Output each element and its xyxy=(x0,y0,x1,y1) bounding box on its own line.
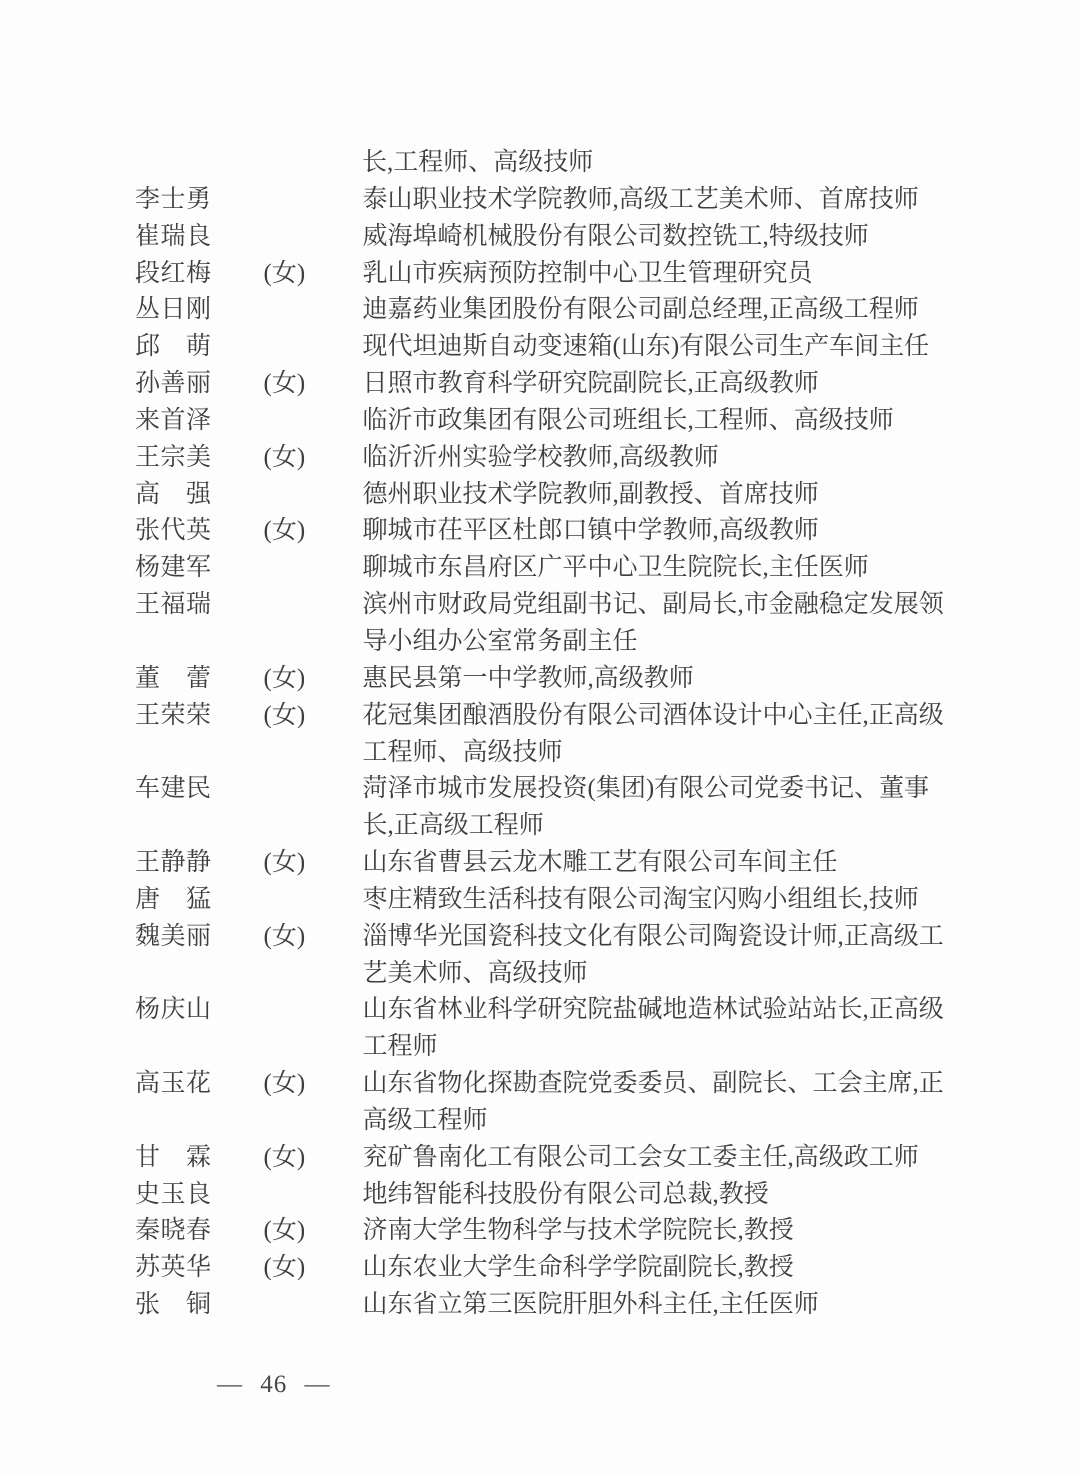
person-title: 迪嘉药业集团股份有限公司副总经理,正高级工程师 xyxy=(363,292,945,329)
gender-marker: (女) xyxy=(264,513,363,550)
table-row: 唐 猛 枣庄精致生活科技有限公司淘宝闪购小组组长,技师 xyxy=(0,882,1080,919)
person-name: 张 铜 xyxy=(135,1287,212,1324)
table-row: 张代英 (女) 聊城市茌平区杜郎口镇中学教师,高级教师 xyxy=(0,513,1080,550)
person-title: 威海埠崎机械股份有限公司数控铣工,特级技师 xyxy=(363,219,945,256)
gender-marker: (女) xyxy=(264,440,363,477)
person-title: 枣庄精致生活科技有限公司淘宝闪购小组组长,技师 xyxy=(363,882,945,919)
person-name: 杨建军 xyxy=(135,550,212,587)
gender-marker: (女) xyxy=(264,661,363,698)
person-name: 史玉良 xyxy=(135,1177,212,1214)
gender-marker: (女) xyxy=(264,256,363,293)
person-title: 山东农业大学生命科学学院副院长,教授 xyxy=(363,1250,945,1287)
person-name: 孙善丽 xyxy=(135,366,212,403)
person-name: 甘 霖 xyxy=(135,1140,212,1177)
person-title: 现代坦迪斯自动变速箱(山东)有限公司生产车间主任 xyxy=(363,329,945,366)
person-title: 兖矿鲁南化工有限公司工会女工委主任,高级政工师 xyxy=(363,1140,945,1177)
person-title: 山东省物化探勘查院党委委员、副院长、工会主席,正高级工程师 xyxy=(363,1066,945,1140)
person-name: 车建民 xyxy=(135,771,212,808)
person-name: 秦晓春 xyxy=(135,1213,212,1250)
person-name: 魏美丽 xyxy=(135,919,212,956)
page-number: — 46 — xyxy=(217,1371,331,1398)
table-row: 王静静 (女) 山东省曹县云龙木雕工艺有限公司车间主任 xyxy=(0,845,1080,882)
table-row: 张 铜 山东省立第三医院肝胆外科主任,主任医师 xyxy=(0,1287,1080,1324)
award-list: 长,工程师、高级技师 李士勇 泰山职业技术学院教师,高级工艺美术师、首席技师 崔… xyxy=(0,145,1080,1324)
person-name: 段红梅 xyxy=(135,256,212,293)
table-row: 邱 萌 现代坦迪斯自动变速箱(山东)有限公司生产车间主任 xyxy=(0,329,1080,366)
gender-marker: (女) xyxy=(264,698,363,735)
table-row: 王荣荣 (女) 花冠集团酿酒股份有限公司酒体设计中心主任,正高级工程师、高级技师 xyxy=(0,698,1080,772)
person-name: 邱 萌 xyxy=(135,329,212,366)
person-title: 长,工程师、高级技师 xyxy=(362,145,944,182)
table-row: 高玉花 (女) 山东省物化探勘查院党委委员、副院长、工会主席,正高级工程师 xyxy=(0,1066,1080,1140)
person-name: 来首泽 xyxy=(135,403,212,440)
table-row: 崔瑞良 威海埠崎机械股份有限公司数控铣工,特级技师 xyxy=(0,219,1080,256)
table-row: 李士勇 泰山职业技术学院教师,高级工艺美术师、首席技师 xyxy=(0,182,1080,219)
table-row: 来首泽 临沂市政集团有限公司班组长,工程师、高级技师 xyxy=(0,403,1080,440)
person-title: 临沂沂州实验学校教师,高级教师 xyxy=(363,440,945,477)
person-title: 乳山市疾病预防控制中心卫生管理研究员 xyxy=(363,256,945,293)
person-name: 唐 猛 xyxy=(135,882,212,919)
person-title: 惠民县第一中学教师,高级教师 xyxy=(363,661,945,698)
person-title: 地纬智能科技股份有限公司总裁,教授 xyxy=(363,1177,945,1214)
table-row: 高 强 德州职业技术学院教师,副教授、首席技师 xyxy=(0,477,1080,514)
page-footer: — 46 — xyxy=(148,1330,298,1441)
table-row: 杨建军 聊城市东昌府区广平中心卫生院院长,主任医师 xyxy=(0,550,1080,587)
table-row: 苏英华 (女) 山东农业大学生命科学学院副院长,教授 xyxy=(0,1250,1080,1287)
person-name: 杨庆山 xyxy=(135,992,212,1029)
person-title: 菏泽市城市发展投资(集团)有限公司党委书记、董事长,正高级工程师 xyxy=(363,771,945,845)
person-name: 张代英 xyxy=(135,513,212,550)
person-title: 滨州市财政局党组副书记、副局长,市金融稳定发展领导小组办公室常务副主任 xyxy=(363,587,945,661)
person-name: 高 强 xyxy=(135,477,212,514)
person-title: 淄博华光国瓷科技文化有限公司陶瓷设计师,正高级工艺美术师、高级技师 xyxy=(363,919,945,993)
table-row: 史玉良 地纬智能科技股份有限公司总裁,教授 xyxy=(0,1177,1080,1214)
person-title: 德州职业技术学院教师,副教授、首席技师 xyxy=(363,477,945,514)
person-title: 临沂市政集团有限公司班组长,工程师、高级技师 xyxy=(363,403,945,440)
person-name: 王静静 xyxy=(135,845,212,882)
person-title: 济南大学生物科学与技术学院院长,教授 xyxy=(363,1213,945,1250)
table-row: 孙善丽 (女) 日照市教育科学研究院副院长,正高级教师 xyxy=(0,366,1080,403)
person-title: 聊城市东昌府区广平中心卫生院院长,主任医师 xyxy=(363,550,945,587)
person-title: 山东省林业科学研究院盐碱地造林试验站站长,正高级工程师 xyxy=(363,992,945,1066)
table-row: 丛日刚 迪嘉药业集团股份有限公司副总经理,正高级工程师 xyxy=(0,292,1080,329)
table-row: 王福瑞 滨州市财政局党组副书记、副局长,市金融稳定发展领导小组办公室常务副主任 xyxy=(0,587,1080,661)
document-page: 长,工程师、高级技师 李士勇 泰山职业技术学院教师,高级工艺美术师、首席技师 崔… xyxy=(0,0,1080,1475)
person-name: 王荣荣 xyxy=(135,698,212,735)
person-name: 崔瑞良 xyxy=(135,219,212,256)
gender-marker: (女) xyxy=(264,1250,363,1287)
gender-marker: (女) xyxy=(264,919,363,956)
person-title: 聊城市茌平区杜郎口镇中学教师,高级教师 xyxy=(363,513,945,550)
person-name: 高玉花 xyxy=(135,1066,212,1103)
gender-marker: (女) xyxy=(264,1213,363,1250)
person-name: 苏英华 xyxy=(135,1250,212,1287)
table-row: 王宗美 (女) 临沂沂州实验学校教师,高级教师 xyxy=(0,440,1080,477)
table-row: 秦晓春 (女) 济南大学生物科学与技术学院院长,教授 xyxy=(0,1213,1080,1250)
person-name: 王宗美 xyxy=(135,440,212,477)
table-row: 杨庆山 山东省林业科学研究院盐碱地造林试验站站长,正高级工程师 xyxy=(0,992,1080,1066)
person-title: 泰山职业技术学院教师,高级工艺美术师、首席技师 xyxy=(363,182,945,219)
table-row: 段红梅 (女) 乳山市疾病预防控制中心卫生管理研究员 xyxy=(0,256,1080,293)
gender-marker: (女) xyxy=(264,366,363,403)
gender-marker: (女) xyxy=(264,1066,363,1103)
table-row: 魏美丽 (女) 淄博华光国瓷科技文化有限公司陶瓷设计师,正高级工艺美术师、高级技… xyxy=(0,919,1080,993)
gender-marker: (女) xyxy=(264,845,363,882)
table-row: 长,工程师、高级技师 xyxy=(0,145,1080,182)
person-title: 日照市教育科学研究院副院长,正高级教师 xyxy=(363,366,945,403)
gender-marker: (女) xyxy=(264,1140,363,1177)
person-name: 李士勇 xyxy=(135,182,212,219)
table-row: 甘 霖 (女) 兖矿鲁南化工有限公司工会女工委主任,高级政工师 xyxy=(0,1140,1080,1177)
table-row: 车建民 菏泽市城市发展投资(集团)有限公司党委书记、董事长,正高级工程师 xyxy=(0,771,1080,845)
table-row: 董 蕾 (女) 惠民县第一中学教师,高级教师 xyxy=(0,661,1080,698)
person-title: 山东省立第三医院肝胆外科主任,主任医师 xyxy=(363,1287,945,1324)
person-name: 董 蕾 xyxy=(135,661,212,698)
person-name: 王福瑞 xyxy=(135,587,212,624)
person-title: 山东省曹县云龙木雕工艺有限公司车间主任 xyxy=(363,845,945,882)
person-title: 花冠集团酿酒股份有限公司酒体设计中心主任,正高级工程师、高级技师 xyxy=(363,698,945,772)
person-name: 丛日刚 xyxy=(135,292,212,329)
